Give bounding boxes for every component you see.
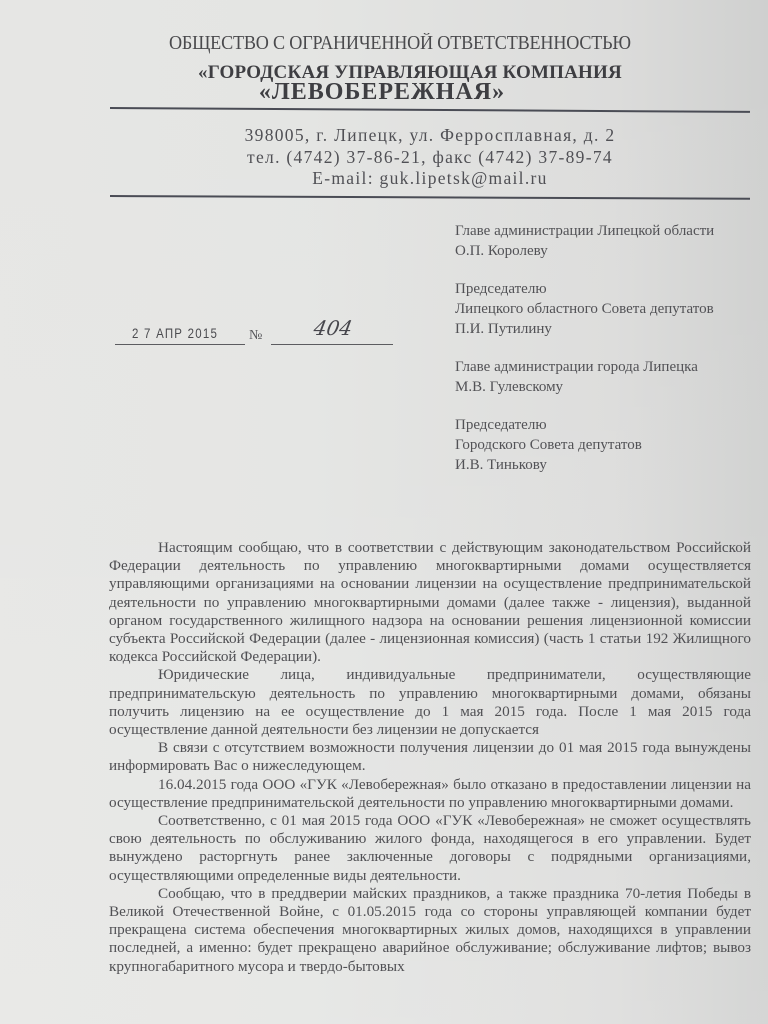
recipient-name: И.В. Тинькову xyxy=(455,455,714,475)
recipient-title: Главе администрации Липецкой области xyxy=(455,221,714,241)
recipient-name: М.В. Гулевскому xyxy=(455,377,714,397)
body-paragraph: Юридические лица, индивидуальные предпри… xyxy=(109,666,751,739)
body-paragraph: В связи с отсутствием возможности получе… xyxy=(109,739,751,775)
recipient-title: Главе администрации города Липецка xyxy=(455,357,714,377)
recipient: Председателю Липецкого областного Совета… xyxy=(455,279,714,339)
recipient-title: Председателю xyxy=(455,415,714,435)
letterhead-divider-bottom xyxy=(110,195,750,200)
date-underline xyxy=(115,344,245,345)
company-address: 398005, г. Липецк, ул. Ферросплавная, д.… xyxy=(0,125,768,146)
recipient-name: П.И. Путилину xyxy=(455,319,714,339)
company-phones: тел. (4742) 37-86-21, факс (4742) 37-89-… xyxy=(0,147,768,168)
recipient-organization: Городского Совета депутатов xyxy=(455,435,714,455)
recipients-block: Главе администрации Липецкой области О.П… xyxy=(455,221,714,493)
outgoing-date-stamp: 2 7 АПР 2015 xyxy=(132,325,218,341)
recipient: Председателю Городского Совета депутатов… xyxy=(455,415,714,475)
outgoing-number-handwritten: 404 xyxy=(312,316,354,340)
letter-body: Настоящим сообщаю, что в соответствии с … xyxy=(109,539,751,976)
organization-name-brand: «ЛЕВОБЕРЕЖНАЯ» xyxy=(0,79,764,106)
body-paragraph: 16.04.2015 года ООО «ГУК «Левобережная» … xyxy=(109,776,751,812)
body-paragraph: Сообщаю, что в преддверии майских праздн… xyxy=(109,885,751,976)
number-underline xyxy=(271,344,393,345)
company-email: E-mail: guk.lipetsk@mail.ru xyxy=(0,168,768,189)
recipient: Главе администрации Липецкой области О.П… xyxy=(455,221,714,261)
body-paragraph: Настоящим сообщаю, что в соответствии с … xyxy=(109,539,751,666)
recipient-title: Председателю xyxy=(455,279,714,299)
letterhead-divider-top xyxy=(110,107,750,113)
organization-type: ОБЩЕСТВО С ОГРАНИЧЕННОЙ ОТВЕТСТВЕННОСТЬЮ xyxy=(0,33,768,55)
recipient-name: О.П. Королеву xyxy=(455,241,714,261)
recipient: Главе администрации города Липецка М.В. … xyxy=(455,357,714,397)
number-sign: № xyxy=(249,328,262,344)
body-paragraph: Соответственно, с 01 мая 2015 года ООО «… xyxy=(109,812,751,885)
recipient-organization: Липецкого областного Совета депутатов xyxy=(455,299,714,319)
